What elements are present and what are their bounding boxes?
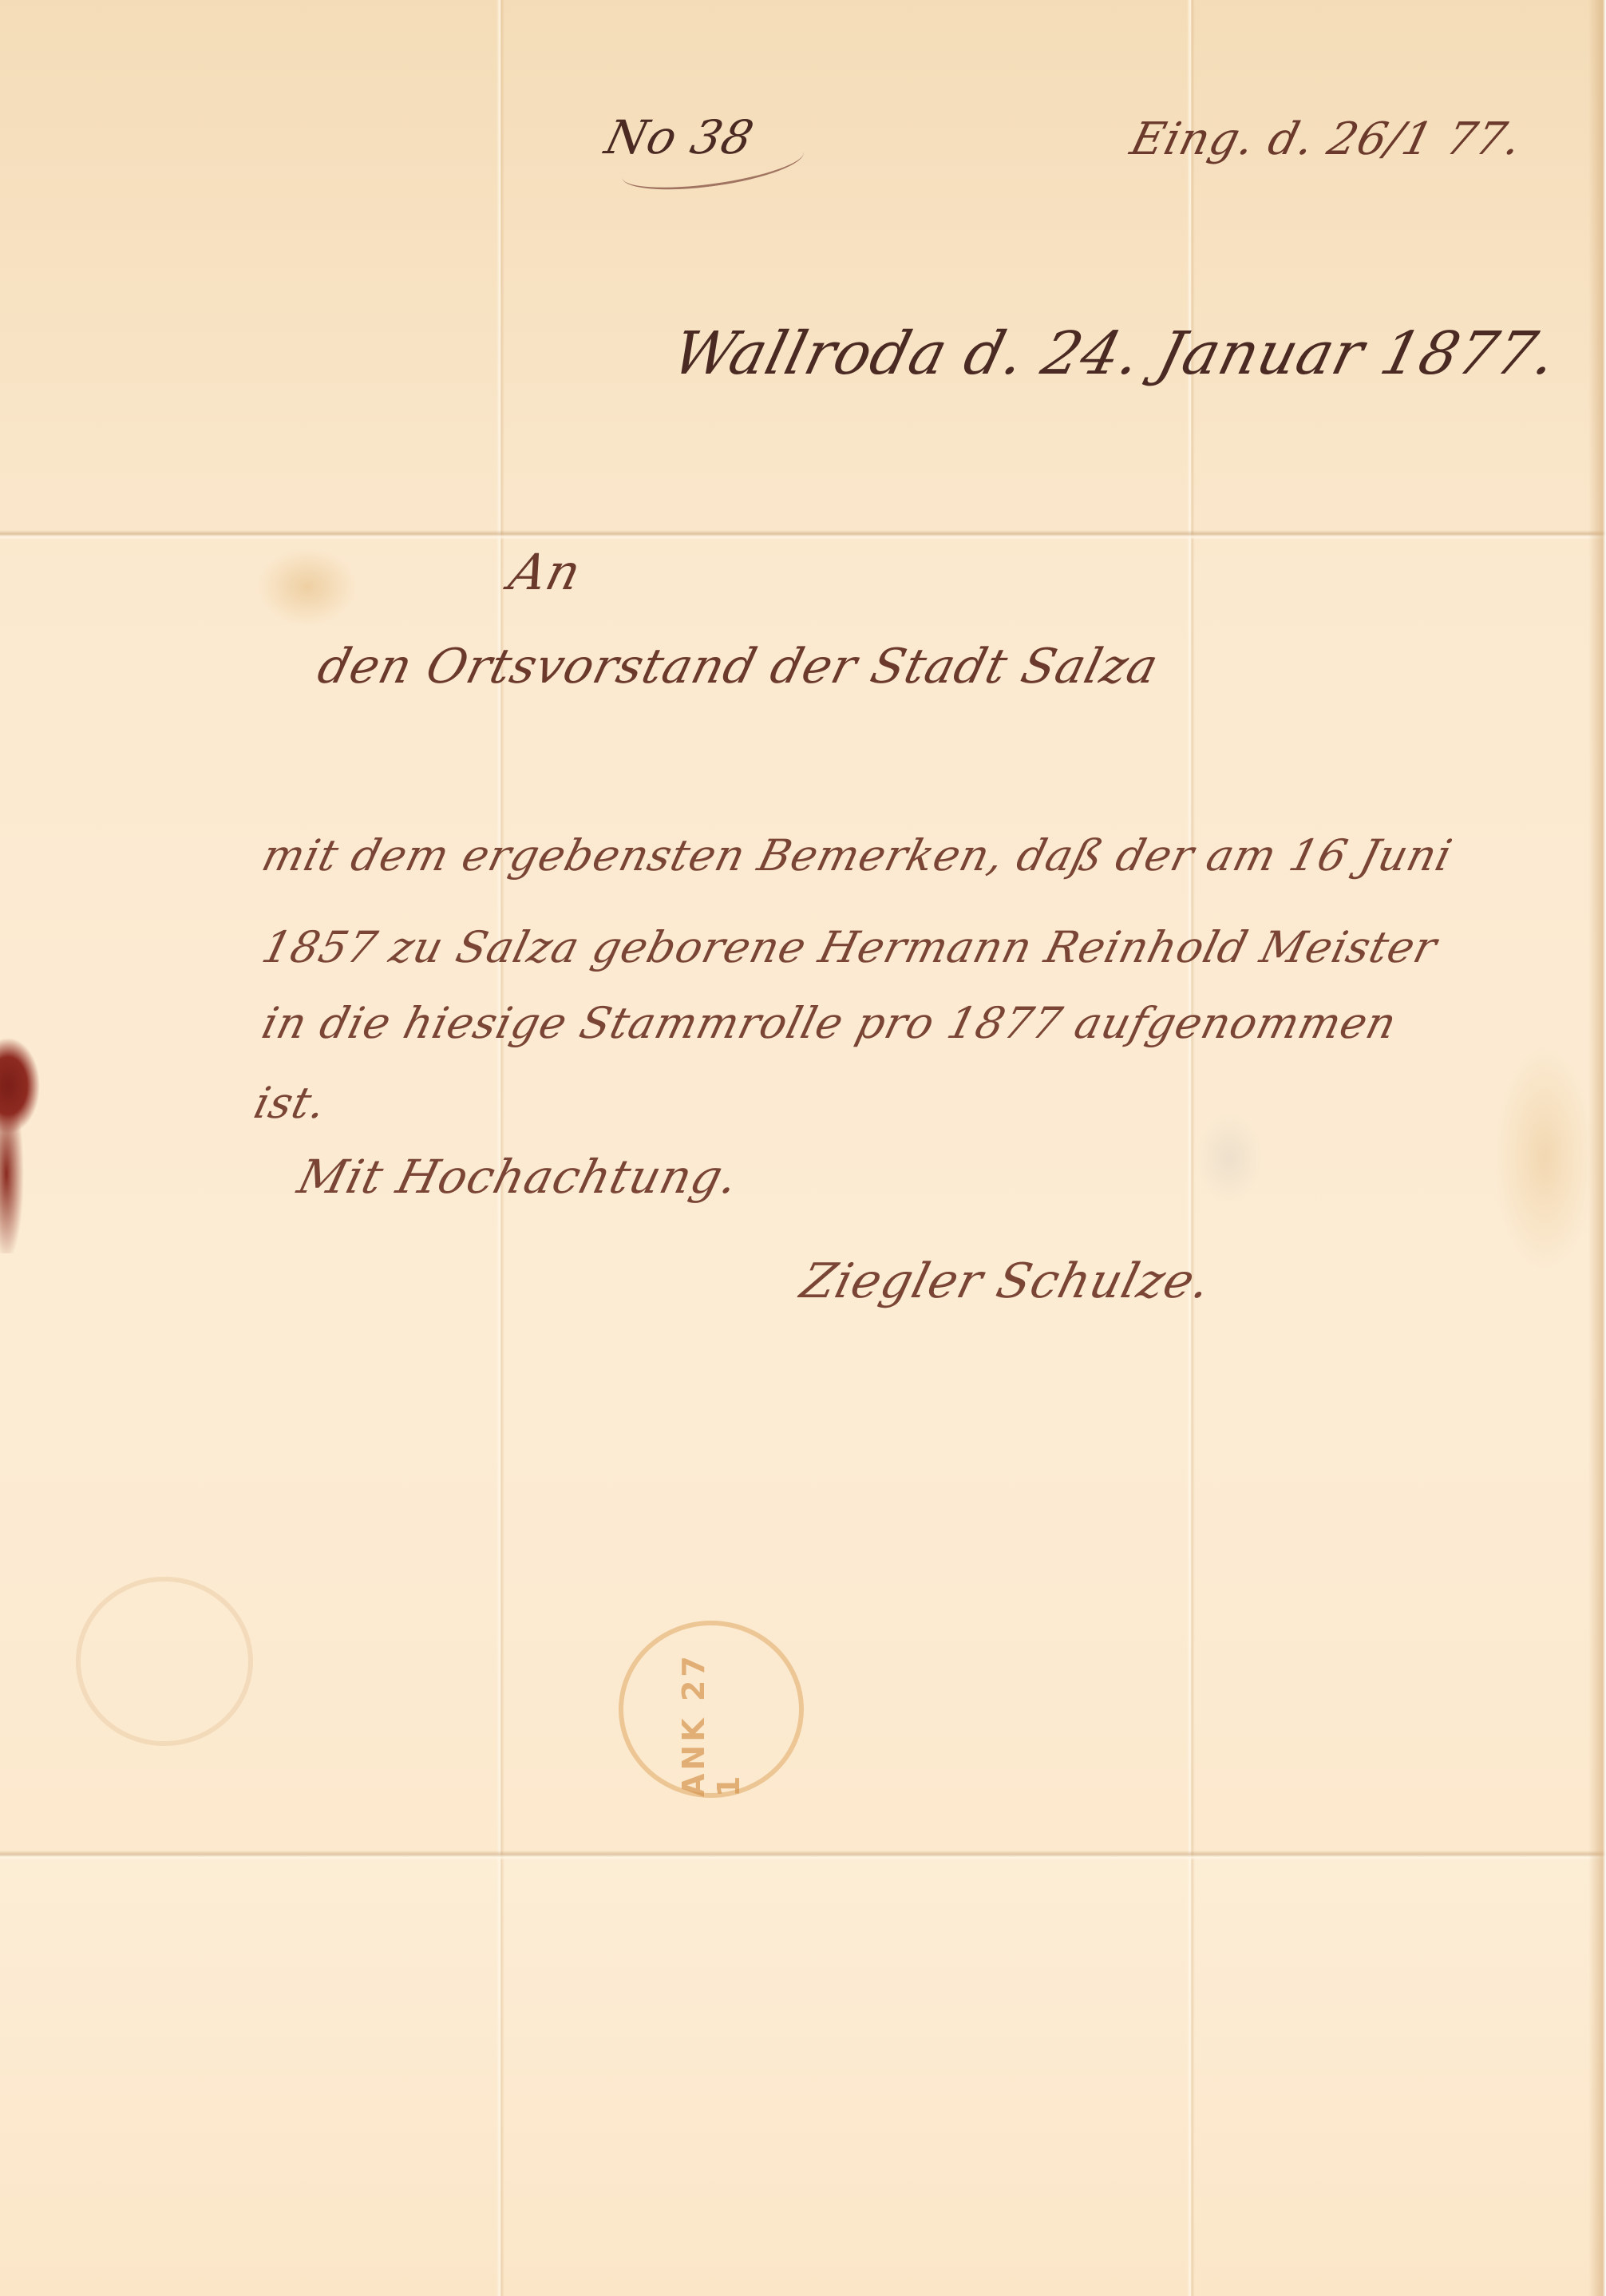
closing: Mit Hochachtung. xyxy=(293,1150,745,1204)
letter-sheet: No 38 Eing. d. 26/1 77. Wallroda d. 24. … xyxy=(0,0,1606,2296)
recipient: den Ortsvorstand der Stadt Salza xyxy=(312,639,1164,695)
postmark-stamp: ANK 27 1 xyxy=(619,1621,804,1798)
wax-seal-remnant xyxy=(0,1030,40,1253)
body-line-2: 1857 zu Salza geborene Hermann Reinhold … xyxy=(257,922,1442,972)
horizontal-fold-top xyxy=(0,530,1606,540)
received-note: Eing. d. 26/1 77. xyxy=(1125,113,1528,165)
paper-right-edge xyxy=(1588,0,1606,2296)
body-line-4: ist. xyxy=(249,1078,332,1128)
top-panel-shade xyxy=(0,0,1606,533)
postmark-ghost-impression xyxy=(76,1577,253,1746)
signature: Ziegler Schulze. xyxy=(795,1253,1216,1309)
salutation: An xyxy=(504,543,587,601)
body-line-1: mit dem ergebensten Bemerken, daß der am… xyxy=(257,830,1458,881)
dateline: Wallroda d. 24. Januar 1877. xyxy=(666,319,1564,388)
vertical-fold-left xyxy=(496,0,504,2296)
horizontal-fold-bottom xyxy=(0,1851,1606,1860)
body-line-3: in die hiesige Stammrolle pro 1877 aufge… xyxy=(257,998,1402,1048)
bottom-panel-shade xyxy=(0,1854,1606,2296)
